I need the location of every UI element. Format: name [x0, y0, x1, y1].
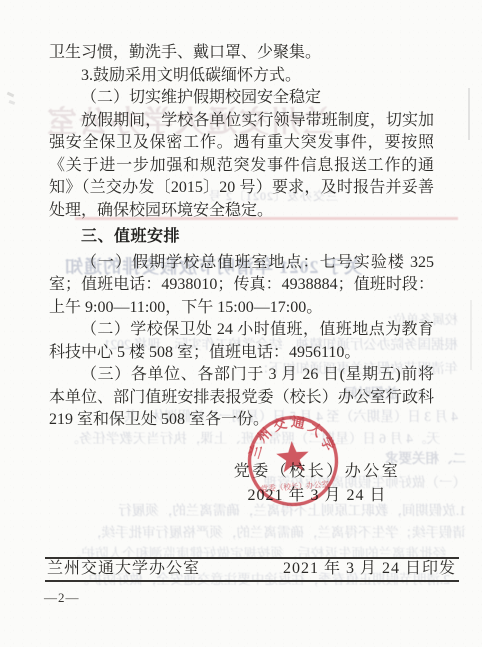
body-paragraph: （二）学校保卫处 24 小时值班，值班地点为教育科技中心 5 楼 508 室；值… — [49, 319, 434, 364]
scan-artifact — [9, 100, 15, 104]
colophon-row: 兰州交通大学办公室 2021 年 3 月 24 日印发 — [47, 560, 456, 578]
scanned-document-page: 兰州交通大学办公室兰交办发〔2021〕2 号关于 2021 年清明节放假安排的通… — [0, 0, 482, 647]
body-paragraph: 3.鼓励采用文明低碳缅怀方式。 — [49, 65, 434, 88]
scan-artifact — [7, 92, 15, 98]
star-icon — [275, 440, 309, 473]
seal-inner-text: 党委（校长）办公室 — [260, 479, 329, 494]
footer-rule-top — [45, 557, 459, 559]
scan-artifact — [468, 88, 470, 140]
body-paragraph: 放假期间，学校各单位实行领导带班制度，切实加强安全保卫及保密工作。遇有重大突发事… — [49, 110, 434, 223]
official-seal-stamp: 兰州交通大学 党委（校长）办公室 — [236, 404, 349, 517]
bleedthrough-text: 请假手续；学生不得离兰，确需离兰的，须严格履行审批手续， — [88, 525, 466, 542]
footer-issuer: 兰州交通大学办公室 — [47, 560, 200, 578]
body-paragraph: （一）假期学校总值班室地点：七号实验楼 325 室；值班电话：4938010；传… — [49, 252, 434, 320]
section-heading: 三、值班安排 — [49, 226, 434, 249]
body-paragraph: （二）切实维护假期校园安全稳定 — [49, 87, 434, 110]
footer-rule-bottom — [45, 580, 459, 582]
page-number: —2— — [44, 590, 80, 606]
scan-artifact — [470, 300, 472, 370]
footer-print-date: 2021 年 3 月 24 日印发 — [283, 560, 456, 578]
body-paragraph: 卫生习惯，勤洗手、戴口罩、少聚集。 — [49, 42, 434, 65]
document-body-text: 卫生习惯，勤洗手、戴口罩、少聚集。3.鼓励采用文明低碳缅怀方式。（二）切实维护假… — [49, 42, 434, 432]
